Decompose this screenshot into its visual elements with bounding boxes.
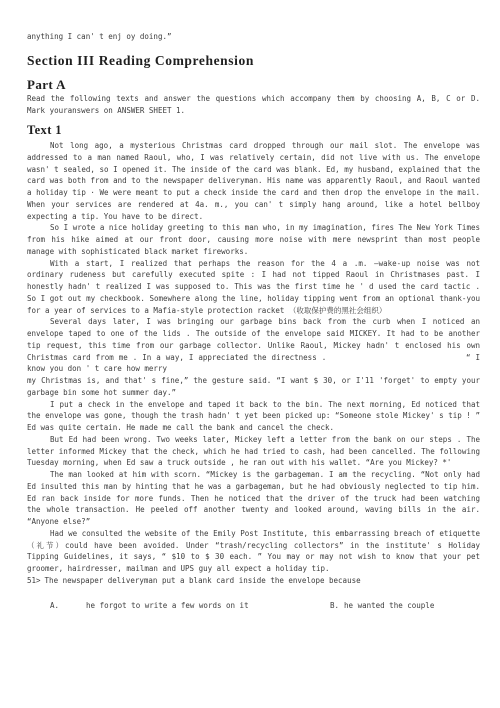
answer-options: A. he forgot to write a few words on it … (27, 600, 480, 612)
paragraph-1: Not long ago, a mysterious Christmas car… (27, 140, 480, 222)
option-a-text: he forgot to write a few words on it (86, 600, 249, 612)
option-a-label: A. (50, 600, 59, 612)
section-heading: Section III Reading Comprehension (27, 53, 480, 69)
paragraph-4-continuation: my Christmas is, and that' s fine,” the … (27, 375, 480, 399)
text-1-heading: Text 1 (27, 123, 480, 137)
question-51-stem: The newspaper deliveryman put a blank ca… (45, 576, 361, 585)
option-b-label: B. (330, 600, 339, 612)
part-a-instructions: Read the following texts and answer the … (27, 93, 480, 116)
paragraph-8: Had we consulted the website of the Emil… (27, 528, 480, 575)
paragraph-5: I put a check in the envelope and taped … (27, 399, 480, 434)
option-a: A. he forgot to write a few words on it (50, 600, 330, 612)
option-b: B. he wanted the couple (330, 600, 434, 612)
paragraph-3: With a start, I realized that perhaps th… (27, 258, 480, 317)
question-51-number: 51> (27, 576, 41, 585)
paragraph-7: The man looked at him with scorn. “Micke… (27, 469, 480, 528)
paragraph-4: Several days later, I was bringing our g… (27, 316, 480, 375)
text-1-body: Not long ago, a mysterious Christmas car… (27, 140, 480, 575)
option-b-text: he wanted the couple (344, 600, 434, 612)
carryover-line: anything I can' t enj oy doing.” (27, 31, 480, 43)
question-51: 51>The newspaper deliveryman put a blank… (27, 575, 480, 587)
document-page: anything I can' t enj oy doing.” Section… (0, 0, 500, 708)
part-a-heading: Part A (27, 78, 480, 92)
paragraph-2: So I wrote a nice holiday greeting to th… (27, 222, 480, 257)
paragraph-6: But Ed had been wrong. Two weeks later, … (27, 434, 480, 469)
